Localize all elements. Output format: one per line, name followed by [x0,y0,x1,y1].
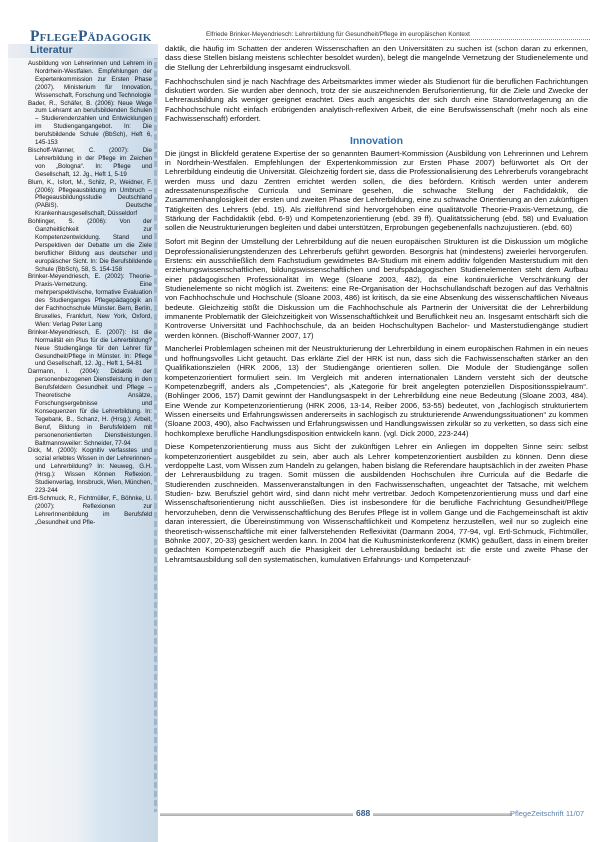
body-paragraph: daktik, die häufig im Schatten der ander… [165,44,588,72]
issue-label: PflegeZeitschrift 11/07 [510,809,584,818]
reference-item: Brinker-Meyendriesch, E. (2007): Ist die… [28,329,152,369]
body-paragraph: Diese Kompetenzorientierung muss aus Sic… [165,442,588,563]
reference-item: Darmann, I. (2004): Didaktik der persone… [28,368,152,447]
reference-item: Bohlinger, S. (2006): Von der Ganzheitli… [28,218,152,273]
reference-item: Blum, K., Isfort, M., Schilz, P., Weidne… [28,179,152,219]
references-list: Ausbildung von Lehrerinnen und Lehrern i… [28,60,152,526]
sidebar-heading-bar: Literatur [8,44,158,58]
body-paragraph: Fachhochschulen sind je nach Nachfrage d… [165,77,588,124]
reference-item: Ausbildung von Lehrerinnen und Lehrern i… [28,60,152,100]
body-paragraph: Sofort mit Beginn der Umstellung der Leh… [165,237,588,340]
body-paragraph: Mancherlei Problemlagen scheinen mit der… [165,344,588,437]
reference-item: Bischoff-Wanner, C. (2007): Die Lehrerbi… [28,147,152,179]
article-body: daktik, die häufig im Schatten der ander… [165,44,588,568]
reference-item: Brinker-Meyendriesch, E. (2002): Theorie… [28,273,152,328]
section-heading: Innovation [165,137,588,146]
body-paragraph: Die jüngst in Blickfeld geratene Experti… [165,149,588,233]
references-heading: Literatur [30,44,73,56]
footer-rule [160,813,512,816]
page-number: 688 [353,808,373,818]
reference-item: Ertl-Schmuck, R., Fichtmüller, F., Böhnk… [28,495,152,527]
sidebar-edge-decoration [154,44,157,812]
running-header: Elfriede Brinker-Meyendriesch: Lehrerbil… [206,31,590,40]
reference-item: Dick, M. (2000): Kognitiv verfasstes und… [28,447,152,494]
reference-item: Bader, R., Schäfer, B. (2006): Neue Wege… [28,100,152,147]
